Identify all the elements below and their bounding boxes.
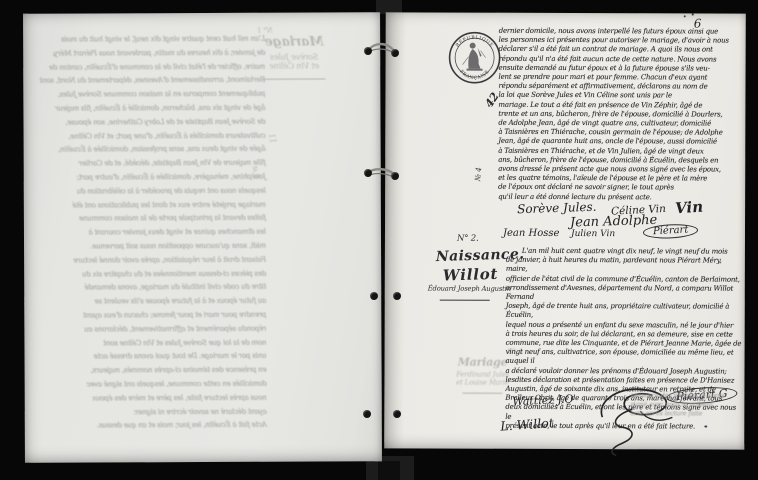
- left-page-bleedthrough-text: L'an mil huit cent quatre vingt dix neuf…: [37, 33, 267, 434]
- marriage-act-text: dernier domicile, nous avons interpellé …: [498, 27, 744, 203]
- binding-hole: [393, 410, 401, 418]
- birth-act-given-names: Édouard Joseph Augustin: [428, 285, 511, 293]
- signature-vin: Vin: [675, 198, 704, 218]
- binding-hole: [391, 49, 399, 57]
- corner-bleedthrough-text: présence des témoins ci-après signé avec…: [630, 391, 742, 418]
- ink-speck: [692, 13, 694, 15]
- binding-hole: [393, 292, 401, 300]
- marianne-figure-icon: [467, 43, 483, 71]
- bleed-margin-rule: [263, 78, 325, 79]
- signature-jean-hosse: Jean Hosse: [503, 228, 559, 239]
- republique-francaise-stamp: RÉPUBLIQUE FRANÇAISE: [448, 31, 502, 85]
- stamp-seal-icon: RÉPUBLIQUE FRANÇAISE: [448, 31, 502, 85]
- birth-act-surname: Willot: [443, 265, 499, 285]
- left-page: L'an mil huit cent quatre vingt dix neuf…: [23, 12, 382, 463]
- bleed-next-margin-rule: [462, 393, 502, 394]
- left-page-bleed-margin-note: N° 1 Mariage Sorève Jules et Vin Céline: [251, 26, 337, 79]
- signature-pierart-circled: Piérart: [643, 223, 699, 240]
- left-side-mark-1: 11: [267, 133, 278, 144]
- binding-hole: [370, 292, 378, 300]
- ink-speck: [684, 15, 686, 17]
- signature-soreve-jules: Sorève Jules.: [517, 200, 597, 216]
- binding-hole: [391, 172, 399, 180]
- binding-hole: [363, 410, 371, 418]
- bleed-spouse-1: Sorève Jules: [251, 52, 337, 61]
- binding-hole: [364, 169, 372, 177]
- bleed-spouse-2: et Vin Céline: [251, 61, 337, 70]
- birth-act-number: N° 2.: [457, 234, 479, 244]
- bleed-act-type: Mariage: [251, 34, 337, 49]
- signature-julien-vin: Julien Vin: [571, 229, 615, 239]
- birth-act-margin-rule: [440, 300, 490, 301]
- signature-pierart: Piérart: [643, 223, 699, 240]
- right-page: 6 RÉPUBLIQUE FRANÇAISE: [384, 12, 746, 449]
- binding-cords: [340, 0, 420, 480]
- folio-mark: № 4: [473, 167, 483, 181]
- binding-hole: [364, 47, 372, 55]
- ink-speck: [704, 425, 707, 427]
- scanned-register-photo: L'an mil huit cent quatre vingt dix neuf…: [0, 0, 758, 480]
